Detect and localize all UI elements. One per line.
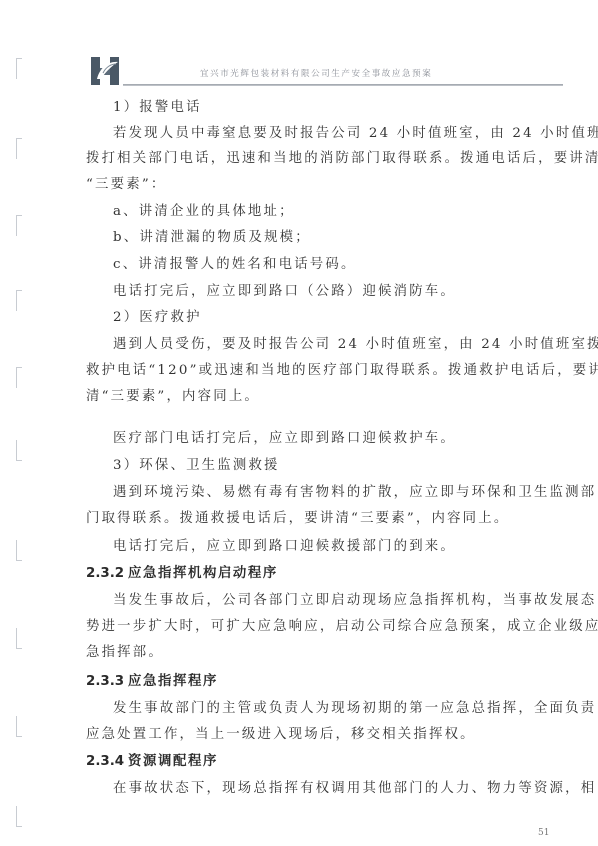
section-heading: 2.3.3应急指挥程序 xyxy=(86,670,218,689)
header-divider xyxy=(123,84,563,86)
list-item: b、讲清泄漏的物质及规模； xyxy=(113,226,311,245)
section-number: 2.3.3 xyxy=(86,674,128,689)
binding-mark xyxy=(16,716,22,737)
paragraph-line: 救护电话“120”或迅速和当地的医疗部门取得联系。拨通救护电话后，要讲 xyxy=(86,359,598,378)
company-logo-icon xyxy=(91,57,119,85)
paragraph-line: 遇到环境污染、易燃有毒有害物料的扩散，应立即与环保和卫生监测部 xyxy=(113,481,596,500)
paragraph-line: “三要素”： xyxy=(86,173,166,192)
paragraph-line: 势进一步扩大时，可扩大应急响应，启动公司综合应急预案，成立企业级应 xyxy=(86,615,598,634)
paragraph-line: 应急处置工作，当上一级进入现场后，移交相关指挥权。 xyxy=(86,723,476,742)
paragraph-line: 在事故状态下，现场总指挥有权调用其他部门的人力、物力等资源，相 xyxy=(113,777,596,796)
section-title: 资源调配程序 xyxy=(128,754,218,769)
paragraph-line: 遇到人员受伤，要及时报告公司 24 小时值班室，由 24 小时值班室拨打 xyxy=(113,333,598,352)
document-page: 宜兴市光辉包装材料有限公司生产安全事故应急预案 1）报警电话 若发现人员中毒窒息… xyxy=(0,0,598,846)
section-heading: 2.3.2应急指挥机构启动程序 xyxy=(86,562,278,581)
subsection-title: 2）医疗救护 xyxy=(113,306,202,325)
binding-mark xyxy=(16,628,22,649)
binding-mark xyxy=(16,215,22,236)
section-title: 应急指挥机构启动程序 xyxy=(128,566,278,581)
section-number: 2.3.4 xyxy=(86,754,128,769)
subsection-title: 3）环保、卫生监测救援 xyxy=(113,454,280,473)
list-item: c、讲清报警人的姓名和电话号码。 xyxy=(113,253,357,272)
page-number: 51 xyxy=(538,828,549,838)
section-number: 2.3.2 xyxy=(86,566,128,581)
paragraph-line: 拨打相关部门电话，迅速和当地的消防部门取得联系。拨通电话后，要讲清 xyxy=(86,147,598,166)
paragraph-line: 医疗部门电话打完后，应立即到路口迎候救护车。 xyxy=(113,427,456,446)
paragraph-line: 门取得联系。拨通救援电话后，要讲清“三要素”，内容同上。 xyxy=(86,507,509,526)
subsection-title: 1）报警电话 xyxy=(113,96,202,115)
binding-mark xyxy=(16,440,22,461)
binding-mark xyxy=(16,367,22,388)
list-item: a、讲清企业的具体地址； xyxy=(113,200,295,219)
paragraph-line: 电话打完后，应立即到路口（公路）迎候消防车。 xyxy=(113,280,456,299)
section-heading: 2.3.4资源调配程序 xyxy=(86,750,218,769)
paragraph-line: 急指挥部。 xyxy=(86,641,164,660)
binding-mark xyxy=(16,806,22,827)
section-title: 应急指挥程序 xyxy=(128,674,218,689)
paragraph-line: 电话打完后，应立即到路口迎候救援部门的到来。 xyxy=(113,535,456,554)
paragraph-line: 发生事故部门的主管或负责人为现场初期的第一应急总指挥，全面负责 xyxy=(113,697,596,716)
paragraph-line: 清“三要素”，内容同上。 xyxy=(86,385,260,404)
binding-mark xyxy=(16,138,22,159)
header-title: 宜兴市光辉包装材料有限公司生产安全事故应急预案 xyxy=(200,67,432,79)
binding-mark xyxy=(16,58,22,79)
binding-mark xyxy=(16,290,22,311)
paragraph-line: 若发现人员中毒窒息要及时报告公司 24 小时值班室，由 24 小时值班室 xyxy=(113,122,598,141)
binding-mark xyxy=(16,540,22,561)
paragraph-line: 当发生事故后，公司各部门立即启动现场应急指挥机构，当事故发展态 xyxy=(113,589,596,608)
